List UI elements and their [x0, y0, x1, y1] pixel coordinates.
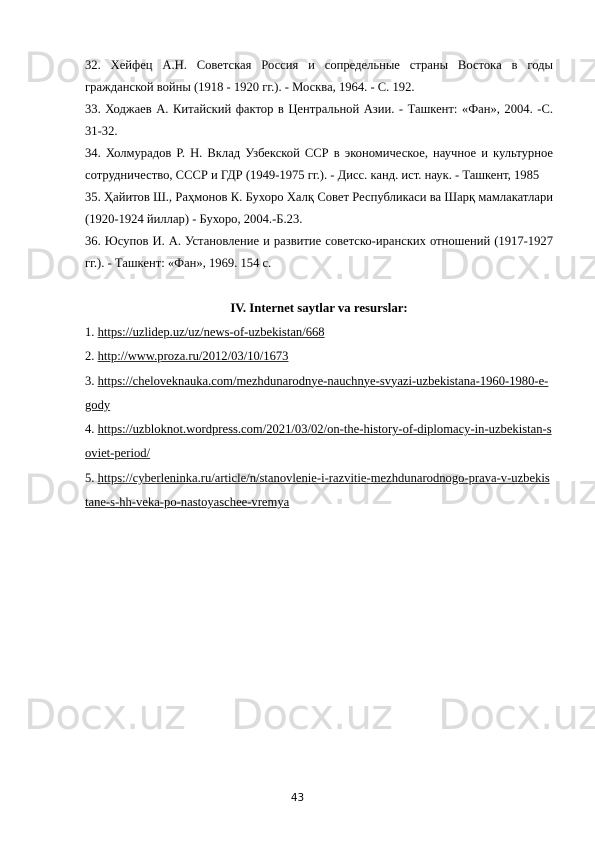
resource-link[interactable]: http://www.proza.ru/2012/03/10/1673	[98, 349, 289, 363]
reference-text: Холмурадов Р. Н. Вклад Узбекской ССР в э…	[85, 146, 553, 182]
document-page: Docx.uzDocx.uzDocx.uzDocx.uzDocx.uzDocx.…	[0, 0, 595, 842]
section-heading: IV. Internet saytlar va resurslar:	[85, 296, 553, 320]
reference-item: 32. Хейфец А.Н. Советская Россия и сопре…	[85, 54, 553, 98]
resource-link[interactable]: https://uzbloknot.wordpress.com/2021/03/…	[85, 422, 552, 460]
resource-item: 4. https://uzbloknot.wordpress.com/2021/…	[85, 417, 553, 466]
page-number: 43	[0, 792, 595, 804]
resource-number: 3.	[85, 374, 94, 388]
resource-item: 1. https://uzlidep.uz/uz/news-of-uzbekis…	[85, 320, 553, 344]
reference-number: 33.	[85, 102, 101, 116]
reference-text: Ҳайитов Ш., Раҳмонов К. Бухоро Халқ Сове…	[85, 190, 553, 226]
reference-number: 32.	[85, 58, 101, 72]
watermark-text: Docx.uz	[438, 694, 595, 736]
reference-text: Ходжаев А. Китайский фактор в Центрально…	[85, 102, 553, 138]
reference-item: 36. Юсупов И. А. Установление и развитие…	[85, 230, 553, 274]
resource-item: 2. http://www.proza.ru/2012/03/10/1673	[85, 344, 553, 368]
resource-number: 4.	[85, 422, 94, 436]
reference-text: Юсупов И. А. Установление и развитие сов…	[85, 234, 553, 270]
watermark-text: Docx.uz	[231, 694, 392, 736]
resource-number: 2.	[85, 349, 94, 363]
page-content: 32. Хейфец А.Н. Советская Россия и сопре…	[85, 54, 553, 514]
reference-list: 32. Хейфец А.Н. Советская Россия и сопре…	[85, 54, 553, 274]
resource-number: 1.	[85, 325, 94, 339]
section-spacer	[85, 274, 553, 296]
resource-item: 5. https://cyberleninka.ru/article/n/sta…	[85, 466, 553, 515]
resource-link[interactable]: https://cyberleninka.ru/article/n/stanov…	[85, 471, 550, 509]
reference-item: 35. Ҳайитов Ш., Раҳмонов К. Бухоро Халқ …	[85, 186, 553, 230]
reference-number: 36.	[85, 234, 101, 248]
resource-number: 5.	[85, 471, 94, 485]
reference-item: 33. Ходжаев А. Китайский фактор в Центра…	[85, 98, 553, 142]
watermark-text: Docx.uz	[24, 694, 185, 736]
resource-link[interactable]: https://uzlidep.uz/uz/news-of-uzbekistan…	[98, 325, 325, 339]
reference-text: Хейфец А.Н. Советская Россия и сопредель…	[85, 58, 553, 94]
resource-link[interactable]: https://cheloveknauka.com/mezhdunarodnye…	[85, 374, 548, 412]
resource-item: 3. https://cheloveknauka.com/mezhdunarod…	[85, 369, 553, 418]
reference-number: 35.	[85, 190, 101, 204]
internet-resources-list: 1. https://uzlidep.uz/uz/news-of-uzbekis…	[85, 320, 553, 514]
reference-item: 34. Холмурадов Р. Н. Вклад Узбекской ССР…	[85, 142, 553, 186]
reference-number: 34.	[85, 146, 101, 160]
